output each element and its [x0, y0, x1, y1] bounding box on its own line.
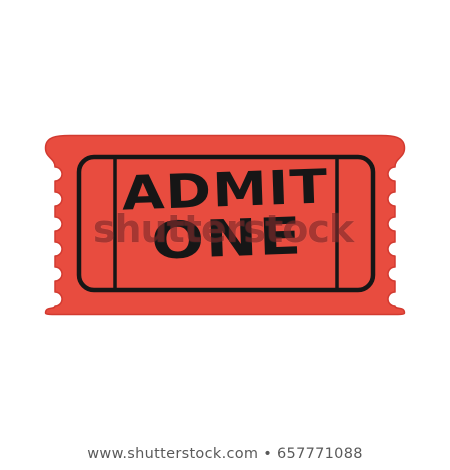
watermark-text: shutterstock: [93, 207, 353, 251]
image-canvas: ADMIT ONE shutterstock www.shutterstock.…: [0, 0, 450, 470]
image-caption: www.shutterstock.com • 657771088: [0, 446, 450, 462]
